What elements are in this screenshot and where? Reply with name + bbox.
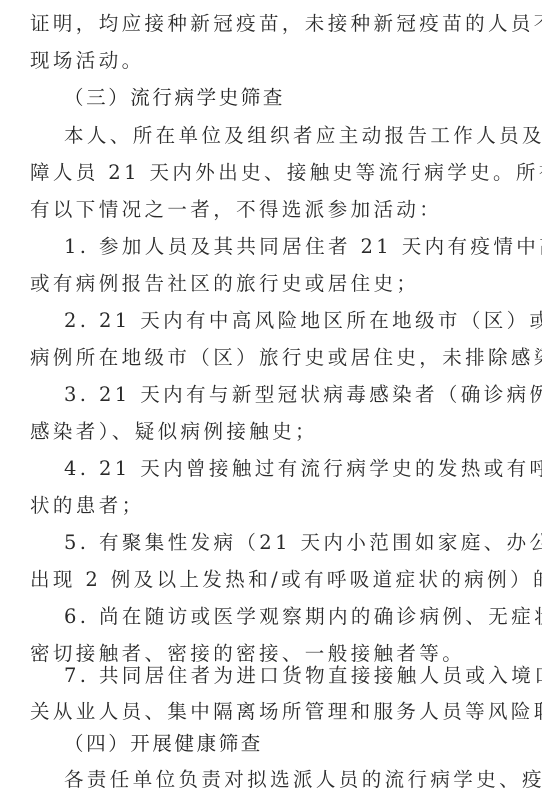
list-item-2: 2. 21 天内有中高风险地区所在地级市（区）或境内新发: [64, 309, 500, 333]
list-item-3: 3. 21 天内有与新型冠状病毒感染者（确诊病例和无症状: [64, 383, 500, 407]
section-heading-health-screening: （四）开展健康筛查: [64, 732, 500, 756]
list-item-4-continued: 状的患者；: [30, 494, 500, 518]
paragraph-line: 本人、所在单位及组织者应主动报告工作人员及服务保: [64, 124, 500, 148]
list-item-3-continued: 感染者）、疑似病例接触史；: [30, 420, 500, 444]
list-item-6-continued: 密切接触者、密接的密接、一般接触者等。: [30, 642, 500, 666]
paragraph-line: 障人员 21 天内外出史、接触史等流行病学史。所有人员如: [30, 161, 500, 185]
document-page: 证明，均应接种新冠疫苗，未接种新冠疫苗的人员不能参与 现场活动。 （三）流行病学…: [0, 0, 542, 801]
list-item-1: 1. 参加人员及其共同居住者 21 天内有疫情中高风险区: [64, 235, 500, 259]
list-item-5-continued: 出现 2 例及以上发热和/或有呼吸道症状的病例）的情况；: [30, 568, 500, 592]
list-item-7-continued: 关从业人员、集中隔离场所管理和服务人员等风险职业人群。: [30, 700, 500, 724]
list-item-5: 5. 有聚集性发病（21 天内小范围如家庭、办公室等场所，: [64, 531, 500, 555]
section-heading-epidemiological-history: （三）流行病学史筛查: [64, 86, 500, 110]
list-item-7: 7. 共同居住者为进口货物直接接触人员或入境口岸相: [64, 664, 500, 688]
paragraph-line: 现场活动。: [30, 49, 500, 73]
paragraph-line: 各责任单位负责对拟选派人员的流行病学史、疫苗接种: [64, 768, 500, 792]
paragraph-line: 有以下情况之一者，不得选派参加活动：: [30, 198, 500, 222]
list-item-2-continued: 病例所在地级市（区）旅行史或居住史，未排除感染风险者；: [30, 346, 500, 370]
list-item-4: 4. 21 天内曾接触过有流行病学史的发热或有呼吸道症: [64, 457, 500, 481]
list-item-6: 6. 尚在随访或医学观察期内的确诊病例、无症状感染者、: [64, 605, 500, 629]
list-item-1-continued: 或有病例报告社区的旅行史或居住史；: [30, 272, 500, 296]
paragraph-line: 证明，均应接种新冠疫苗，未接种新冠疫苗的人员不能参与: [30, 12, 500, 36]
